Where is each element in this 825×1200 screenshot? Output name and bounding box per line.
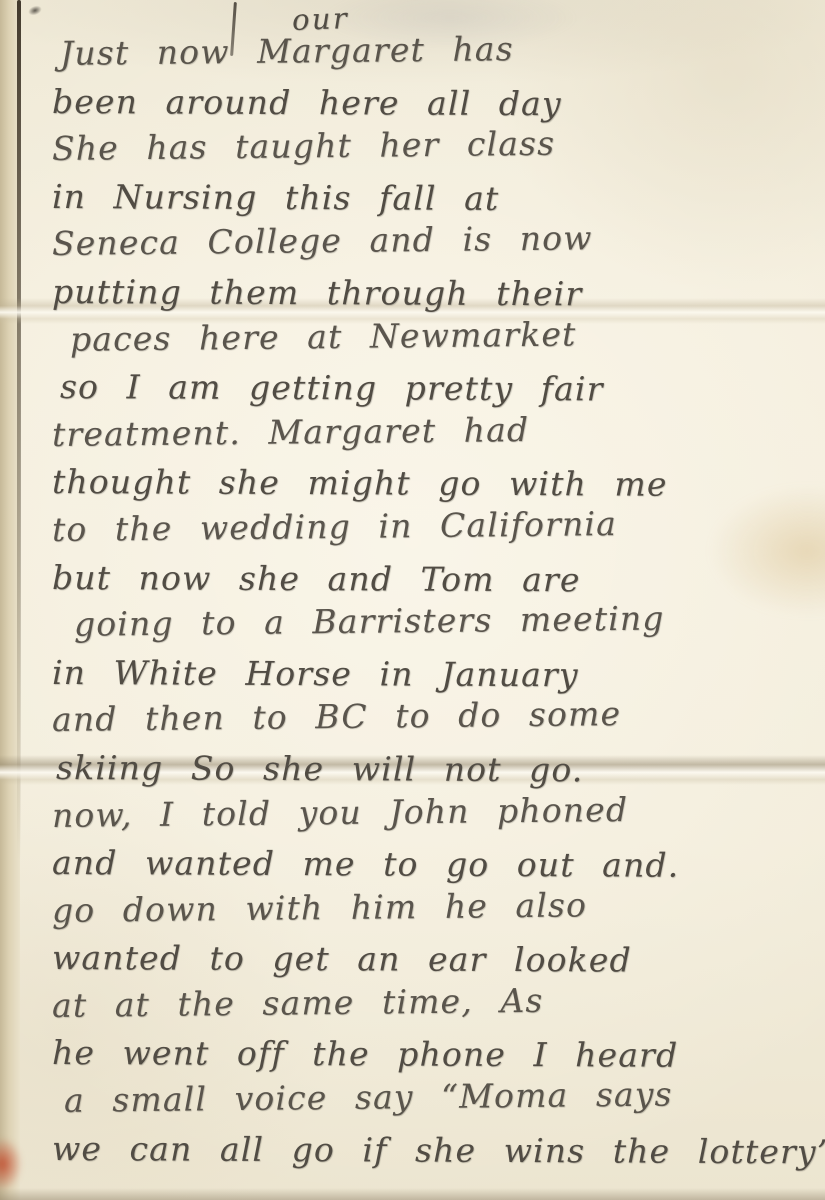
letter-body: Just now Margaret has been around here a…	[52, 30, 809, 1172]
handwritten-line-9: treatment. Margaret had	[52, 403, 809, 459]
paper-left-edge-line	[17, 0, 21, 860]
handwritten-line-15: and then to BC to do some	[52, 688, 809, 744]
handwritten-line-17: now, I told you John phoned	[52, 784, 809, 840]
handwritten-line-11: to the wedding in California	[52, 498, 809, 554]
handwritten-line-7: paces here at Newmarket	[52, 308, 809, 364]
bottom-edge-shadow	[0, 1188, 825, 1200]
handwritten-line-3: She has taught her class	[52, 117, 809, 173]
handwritten-line-5: Seneca College and is now	[52, 212, 809, 268]
bottom-left-red-smudge	[0, 1138, 22, 1190]
handwritten-line-24: we can all go if she wins the lottery”	[52, 1125, 809, 1176]
handwritten-line-23: a small voice say “Moma says	[52, 1069, 809, 1125]
scanned-letter-page: our Just now Margaret has been around he…	[0, 0, 825, 1200]
handwritten-line-19: go down with him he also	[52, 879, 809, 935]
top-left-speck	[27, 4, 43, 17]
handwritten-line-1: Just now Margaret has	[52, 22, 809, 78]
handwritten-line-13: going to a Barristers meeting	[52, 593, 809, 649]
handwritten-line-21: at at the same time, As	[52, 974, 809, 1030]
